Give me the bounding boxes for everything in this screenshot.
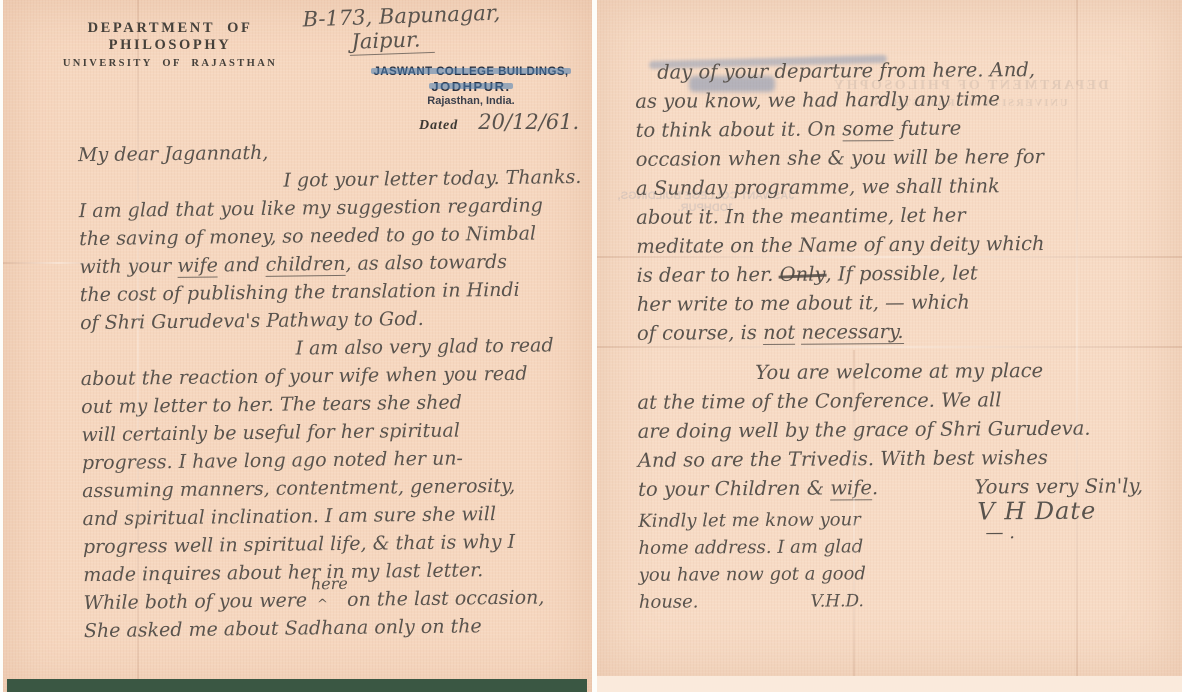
underlined-word: children bbox=[266, 253, 346, 277]
stamp-block: JASWANT COLLEGE BUILDINGS, JODHPUR. Raja… bbox=[355, 66, 587, 107]
stamp-line-struck-2: JODHPUR. bbox=[431, 79, 510, 94]
letter-line: a Sunday programme, we shall think bbox=[636, 170, 1164, 203]
scan-edge-strip-light bbox=[597, 676, 1182, 692]
date-row: Dated 20/12/61. bbox=[419, 110, 579, 134]
signature-block: V H Date — . bbox=[977, 497, 1096, 548]
dated-label: Dated bbox=[419, 118, 458, 133]
letter-text: to your Children & wife. bbox=[638, 473, 878, 504]
letter-text: and bbox=[218, 254, 266, 277]
letter-body-page2: day of your departure from here. And, as… bbox=[635, 54, 1167, 617]
letterhead-department: DEPARTMENT OF PHILOSOPHY bbox=[37, 20, 303, 54]
letter-line: are doing well by the grace of Shri Guru… bbox=[638, 413, 1166, 446]
stamp-line-3: Rajasthan, India. bbox=[355, 95, 587, 107]
letterhead: DEPARTMENT OF PHILOSOPHY UNIVERSITY OF R… bbox=[37, 20, 303, 69]
letter-text: to your Children & bbox=[638, 476, 830, 500]
letter-line: meditate on the Name of any deity which bbox=[636, 228, 1164, 261]
letter-text: , If possible, let bbox=[825, 261, 977, 285]
letter-body-page1: My dear Jagannath, I got your letter tod… bbox=[78, 135, 594, 645]
date-value: 20/12/61. bbox=[478, 110, 579, 134]
underlined-word: necessary. bbox=[801, 320, 903, 345]
signature-and-postscript: V H Date — . Kindly let me know your hom… bbox=[638, 504, 1167, 617]
letter-line: as you know, we had hardly any time bbox=[635, 83, 1163, 116]
insertion: here^ bbox=[307, 587, 347, 606]
letter-text: . bbox=[872, 476, 878, 499]
underlined-word: wife bbox=[177, 254, 218, 277]
letter-text: is dear to her. bbox=[636, 263, 779, 287]
letter-line: You are welcome at my place bbox=[755, 355, 1165, 387]
caret-mark: ^ bbox=[317, 591, 328, 619]
letter-line: occasion when she & you will be here for bbox=[636, 141, 1164, 174]
letter-page-2: DEPARTMENT OF PHILOSOPHY UNIVERSITY OF R… bbox=[597, 0, 1182, 676]
letter-text: to think about it. On bbox=[635, 117, 842, 141]
postscript-line: house.V.H.D. bbox=[639, 585, 1167, 617]
letter-line: is dear to her. Only, If possible, let bbox=[636, 257, 1164, 290]
letter-line: to think about it. On some future bbox=[635, 112, 1163, 145]
underlined-word: wife bbox=[830, 476, 872, 500]
letter-text: , as also towards bbox=[345, 251, 507, 275]
letter-line: her write to me about it, — which bbox=[637, 286, 1165, 319]
letter-text: While both of you were bbox=[83, 589, 307, 614]
stamp-line-struck-1: JASWANT COLLEGE BUILDINGS, bbox=[373, 66, 568, 78]
letter-line: of course, is not necessary. bbox=[637, 315, 1165, 348]
sender-address-line1: B-173, Bapunagar, bbox=[302, 1, 500, 32]
initials: V.H.D. bbox=[810, 591, 864, 611]
letter-page-1: DEPARTMENT OF PHILOSOPHY UNIVERSITY OF R… bbox=[3, 0, 592, 692]
letter-text: on the last occasion, bbox=[347, 586, 545, 610]
letter-text: house. bbox=[639, 591, 699, 612]
scan-edge-strip-green bbox=[7, 679, 587, 692]
underlined-word: not bbox=[763, 321, 795, 345]
letter-line: She asked me about Sadhana only on the bbox=[84, 611, 594, 645]
sender-address-city: Jaipur. bbox=[349, 27, 435, 56]
letter-line: day of your departure from here. And, bbox=[657, 54, 1163, 87]
letter-text: with your bbox=[79, 255, 177, 278]
letter-text: of course, is bbox=[637, 321, 763, 345]
postscript-line: you have now got a good bbox=[639, 558, 1167, 589]
letter-line: I am also very glad to read bbox=[295, 331, 590, 363]
underlined-word: some bbox=[842, 117, 894, 141]
letter-line: And so are the Trivedis. With best wishe… bbox=[638, 442, 1166, 475]
letter-line: at the time of the Conference. We all bbox=[637, 384, 1165, 417]
letter-line: I got your letter today. Thanks. bbox=[283, 163, 588, 195]
letter-line: about it. In the meantime, let her bbox=[636, 199, 1164, 232]
sender-address: B-173, Bapunagar, Jaipur. bbox=[302, 1, 501, 58]
letterhead-university: UNIVERSITY OF RAJASTHAN bbox=[37, 58, 303, 69]
struck-word: Only bbox=[780, 260, 826, 289]
letter-text: future bbox=[894, 117, 961, 140]
